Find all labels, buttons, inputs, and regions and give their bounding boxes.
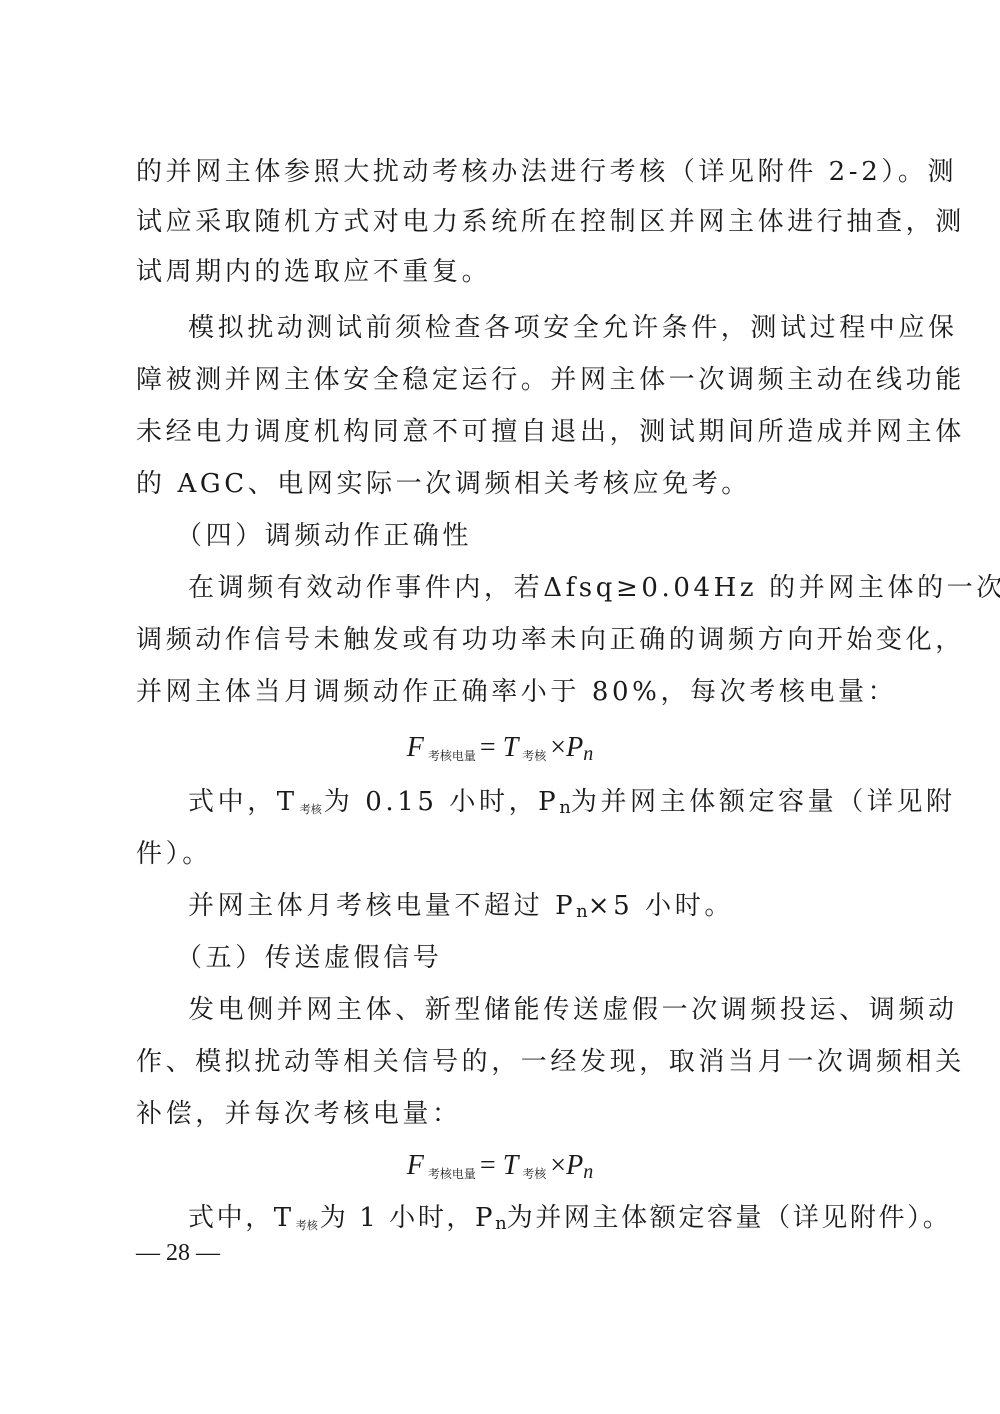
paragraph-line: 障被测并网主体安全稳定运行。并网主体一次调频主动在线功能 <box>136 360 876 400</box>
text: ×5 小时。 <box>588 891 734 921</box>
formula-eq: = <box>480 732 496 763</box>
formula-eq: = <box>480 1150 496 1181</box>
formula-penalty-2: F考核电量= T考核×Pn <box>0 1146 1000 1194</box>
page-number: — 28 — <box>136 1238 220 1268</box>
paragraph-line: 并网主体月考核电量不超过 Pn×5 小时。 <box>188 886 876 932</box>
paragraph-line: 调频动作信号未触发或有功功率未向正确的调频方向开始变化， <box>136 620 876 660</box>
text: 为并网主体额定容量（详见附件）。 <box>507 1203 952 1233</box>
subscript: n <box>495 1213 507 1234</box>
text: 为 0.15 小时，P <box>324 787 560 817</box>
formula-sub-n: n <box>583 743 593 765</box>
paragraph-line: 式中，T考核为 0.15 小时，Pn为并网主体额定容量（详见附 <box>188 782 876 830</box>
text: 式中，T <box>188 1203 294 1233</box>
formula-var-p: P <box>566 1150 583 1181</box>
paragraph-line: 试周期内的选取应不重复。 <box>136 252 876 292</box>
formula-var-f: F <box>407 732 424 763</box>
formula-sub: 考核 <box>522 1167 546 1181</box>
paragraph-line: 在调频有效动作事件内，若Δfsq≥0.04Hz 的并网主体的一次 <box>188 568 876 608</box>
formula-sub: 考核电量 <box>428 1167 476 1181</box>
paragraph-line: 式中，T考核为 1 小时，Pn为并网主体额定容量（详见附件）。 <box>188 1198 876 1246</box>
formula-times: × <box>550 1150 566 1181</box>
section-heading-5: （五）传送虚假信号 <box>176 938 916 978</box>
paragraph-line: 作、模拟扰动等相关信号的，一经发现，取消当月一次调频相关 <box>136 1042 876 1082</box>
subscript: 考核 <box>296 1219 318 1232</box>
formula-penalty-1: F考核电量= T考核×Pn <box>0 728 1000 776</box>
formula-var-t: T <box>503 732 519 763</box>
text: 为并网主体额定容量（详见附 <box>571 787 956 817</box>
paragraph-line: 未经电力调度机构同意不可擅自退出，测试期间所造成并网主体 <box>136 412 876 452</box>
formula-sub-n: n <box>583 1161 593 1183</box>
paragraph-line: 的并网主体参照大扰动考核办法进行考核（详见附件 2-2）。测 <box>136 152 876 192</box>
text: 并网主体月考核电量不超过 P <box>188 891 576 921</box>
paragraph-line: 试应采取随机方式对电力系统所在控制区并网主体进行抽查，测 <box>136 202 876 242</box>
paragraph-line: 件）。 <box>136 834 876 874</box>
text: 为 1 小时，P <box>320 1203 495 1233</box>
paragraph-line: 的 AGC、电网实际一次调频相关考核应免考。 <box>136 464 876 504</box>
formula-times: × <box>550 732 566 763</box>
paragraph-line: 模拟扰动测试前须检查各项安全允许条件，测试过程中应保 <box>188 308 876 348</box>
subscript: 考核 <box>300 803 322 816</box>
formula-sub: 考核电量 <box>428 749 476 763</box>
formula-var-f: F <box>407 1150 424 1181</box>
text: 式中，T <box>188 787 298 817</box>
subscript: n <box>576 901 588 922</box>
section-heading-4: （四）调频动作正确性 <box>176 516 916 556</box>
paragraph-line: 并网主体当月调频动作正确率小于 80%，每次考核电量： <box>136 672 876 712</box>
formula-sub: 考核 <box>522 749 546 763</box>
subscript: n <box>559 797 571 818</box>
paragraph-line: 补偿，并每次考核电量： <box>136 1094 876 1134</box>
formula-var-t: T <box>503 1150 519 1181</box>
formula-var-p: P <box>566 732 583 763</box>
paragraph-line: 发电侧并网主体、新型储能传送虚假一次调频投运、调频动 <box>188 990 876 1030</box>
